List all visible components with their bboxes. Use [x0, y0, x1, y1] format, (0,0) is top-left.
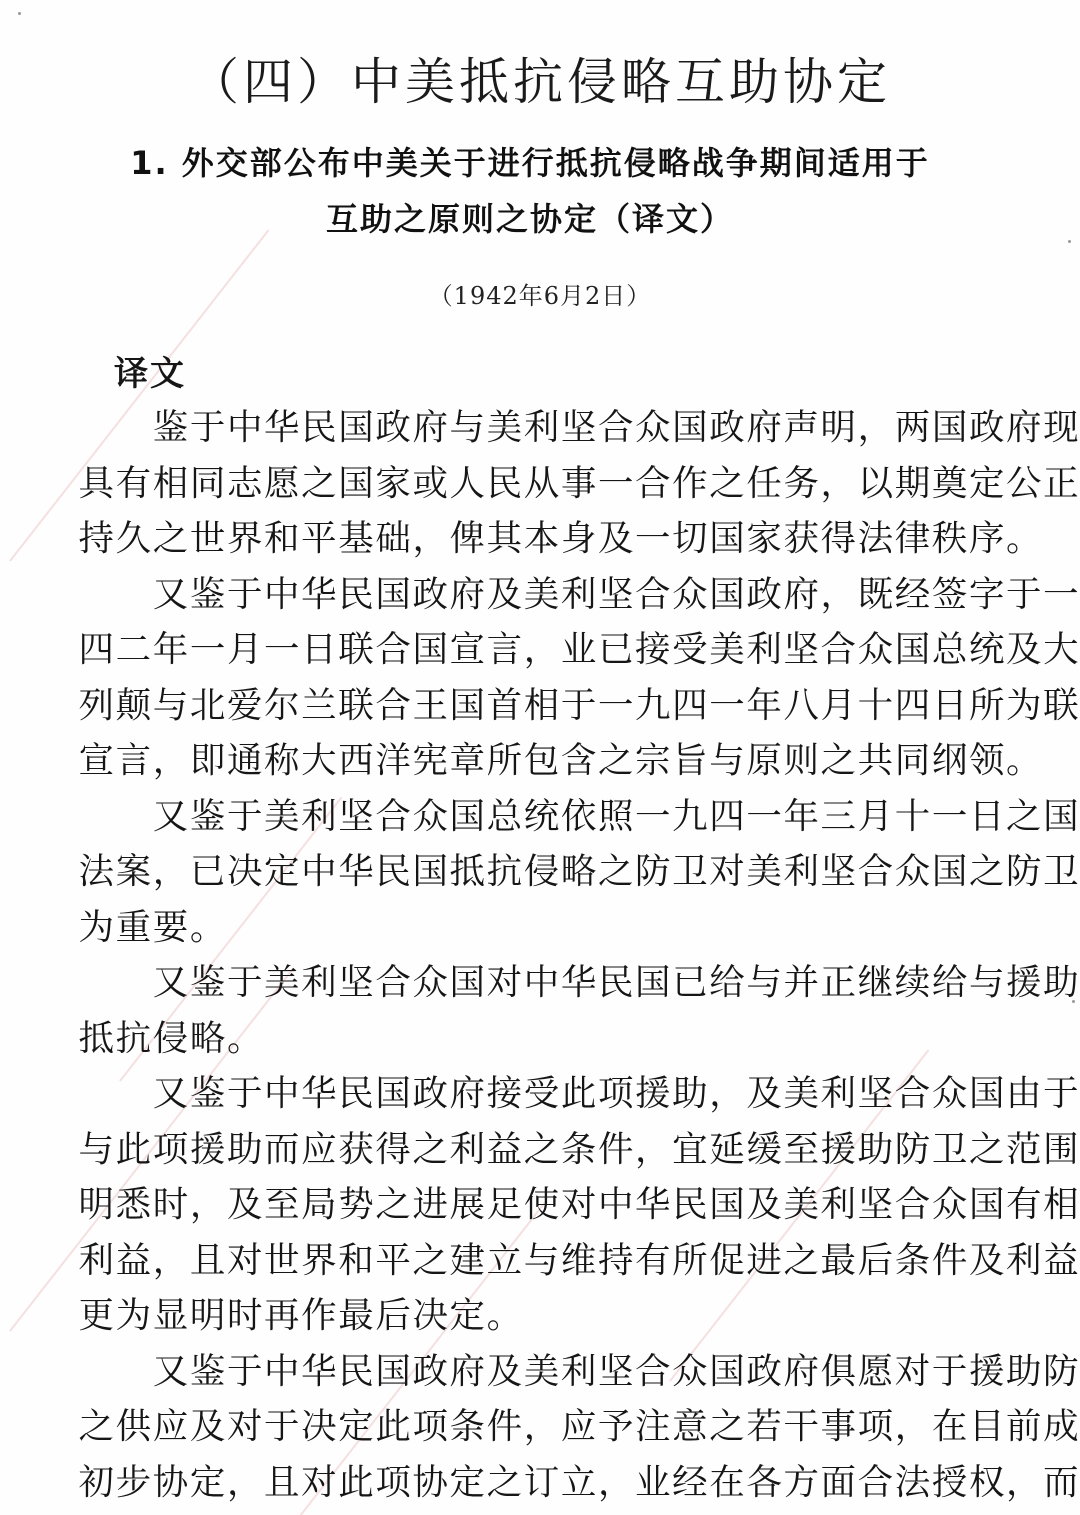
text-line: 又鉴于美利坚合众国对中华民国已给与并正继续给与援助以 [4, 955, 1076, 1011]
text-line: 持久之世界和平基础，俾其本身及一切国家获得法律秩序。 [4, 511, 1076, 567]
scanned-document-page: （四）中美抵抗侵略互助协定 1. 外交部公布中美关于进行抵抗侵略战争期间适用于 … [0, 0, 1080, 1515]
text-line: 抵抗侵略。 [4, 1011, 1076, 1067]
paragraph-1: 鉴于中华民国政府与美利坚合众国政府声明，两国政府现与 具有相同志愿之国家或人民从… [4, 400, 1076, 567]
paragraph-6: 又鉴于中华民国政府及美利坚合众国政府俱愿对于援助防卫 之供应及对于决定此项条件，… [4, 1344, 1076, 1511]
text-line: 与此项援助而应获得之利益之条件，宜延缓至援助防卫之范围已 [4, 1122, 1076, 1178]
text-line: 明悉时，及至局势之进展足使对中华民国及美利坚合众国有相互 [4, 1177, 1076, 1233]
translation-label: 译文 [114, 346, 186, 395]
paragraph-2: 又鉴于中华民国政府及美利坚合众国政府，既经签字于一九 四二年一月一日联合国宣言，… [4, 567, 1076, 789]
paragraph-3: 又鉴于美利坚合众国总统依照一九四一年三月十一日之国会 法案，已决定中华民国抵抗侵… [4, 789, 1076, 956]
text-line: 利益，且对世界和平之建立与维持有所促进之最后条件及利益， [4, 1233, 1076, 1289]
section-title: （四）中美抵抗侵略互助协定 [0, 42, 1080, 114]
scan-speck [18, 12, 21, 15]
text-line: 又鉴于中华民国政府及美利坚合众国政府俱愿对于援助防卫 [4, 1344, 1076, 1400]
text-line: 初步协定，且对此项协定之订立，业经在各方面合法授权，而所 [4, 1455, 1076, 1511]
text-line: 鉴于中华民国政府与美利坚合众国政府声明，两国政府现与 [4, 400, 1076, 456]
text-line: 又鉴于美利坚合众国总统依照一九四一年三月十一日之国会 [4, 789, 1076, 845]
text-line: 具有相同志愿之国家或人民从事一合作之任务，以期奠定公正及 [4, 456, 1076, 512]
paragraph-5: 又鉴于中华民国政府接受此项援助，及美利坚合众国由于给 与此项援助而应获得之利益之… [4, 1066, 1076, 1344]
text-line: 法案，已决定中华民国抵抗侵略之防卫对美利坚合众国之防卫至 [4, 844, 1076, 900]
document-body: 鉴于中华民国政府与美利坚合众国政府声明，两国政府现与 具有相同志愿之国家或人民从… [4, 400, 1076, 1510]
document-subtitle-line-2: 互助之原则之协定（译文） [0, 194, 1070, 240]
text-line: 又鉴于中华民国政府接受此项援助，及美利坚合众国由于给 [4, 1066, 1076, 1122]
text-line: 四二年一月一日联合国宣言，业已接受美利坚合众国总统及大不 [4, 622, 1076, 678]
text-line: 更为显明时再作最后决定。 [4, 1288, 1076, 1344]
text-line: 为重要。 [4, 900, 1076, 956]
text-line: 又鉴于中华民国政府及美利坚合众国政府，既经签字于一九 [4, 567, 1076, 623]
paragraph-4: 又鉴于美利坚合众国对中华民国已给与并正继续给与援助以 抵抗侵略。 [4, 955, 1076, 1066]
text-line: 宣言，即通称大西洋宪章所包含之宗旨与原则之共同纲领。 [4, 733, 1076, 789]
document-subtitle-line-1: 1. 外交部公布中美关于进行抵抗侵略战争期间适用于 [0, 138, 1070, 184]
scan-speck [1068, 240, 1071, 243]
document-date: （1942年6月2日） [0, 276, 1080, 311]
text-line: 列颠与北爱尔兰联合王国首相于一九四一年八月十四日所为联合 [4, 678, 1076, 734]
text-line: 之供应及对于决定此项条件，应予注意之若干事项，在目前成立 [4, 1399, 1076, 1455]
